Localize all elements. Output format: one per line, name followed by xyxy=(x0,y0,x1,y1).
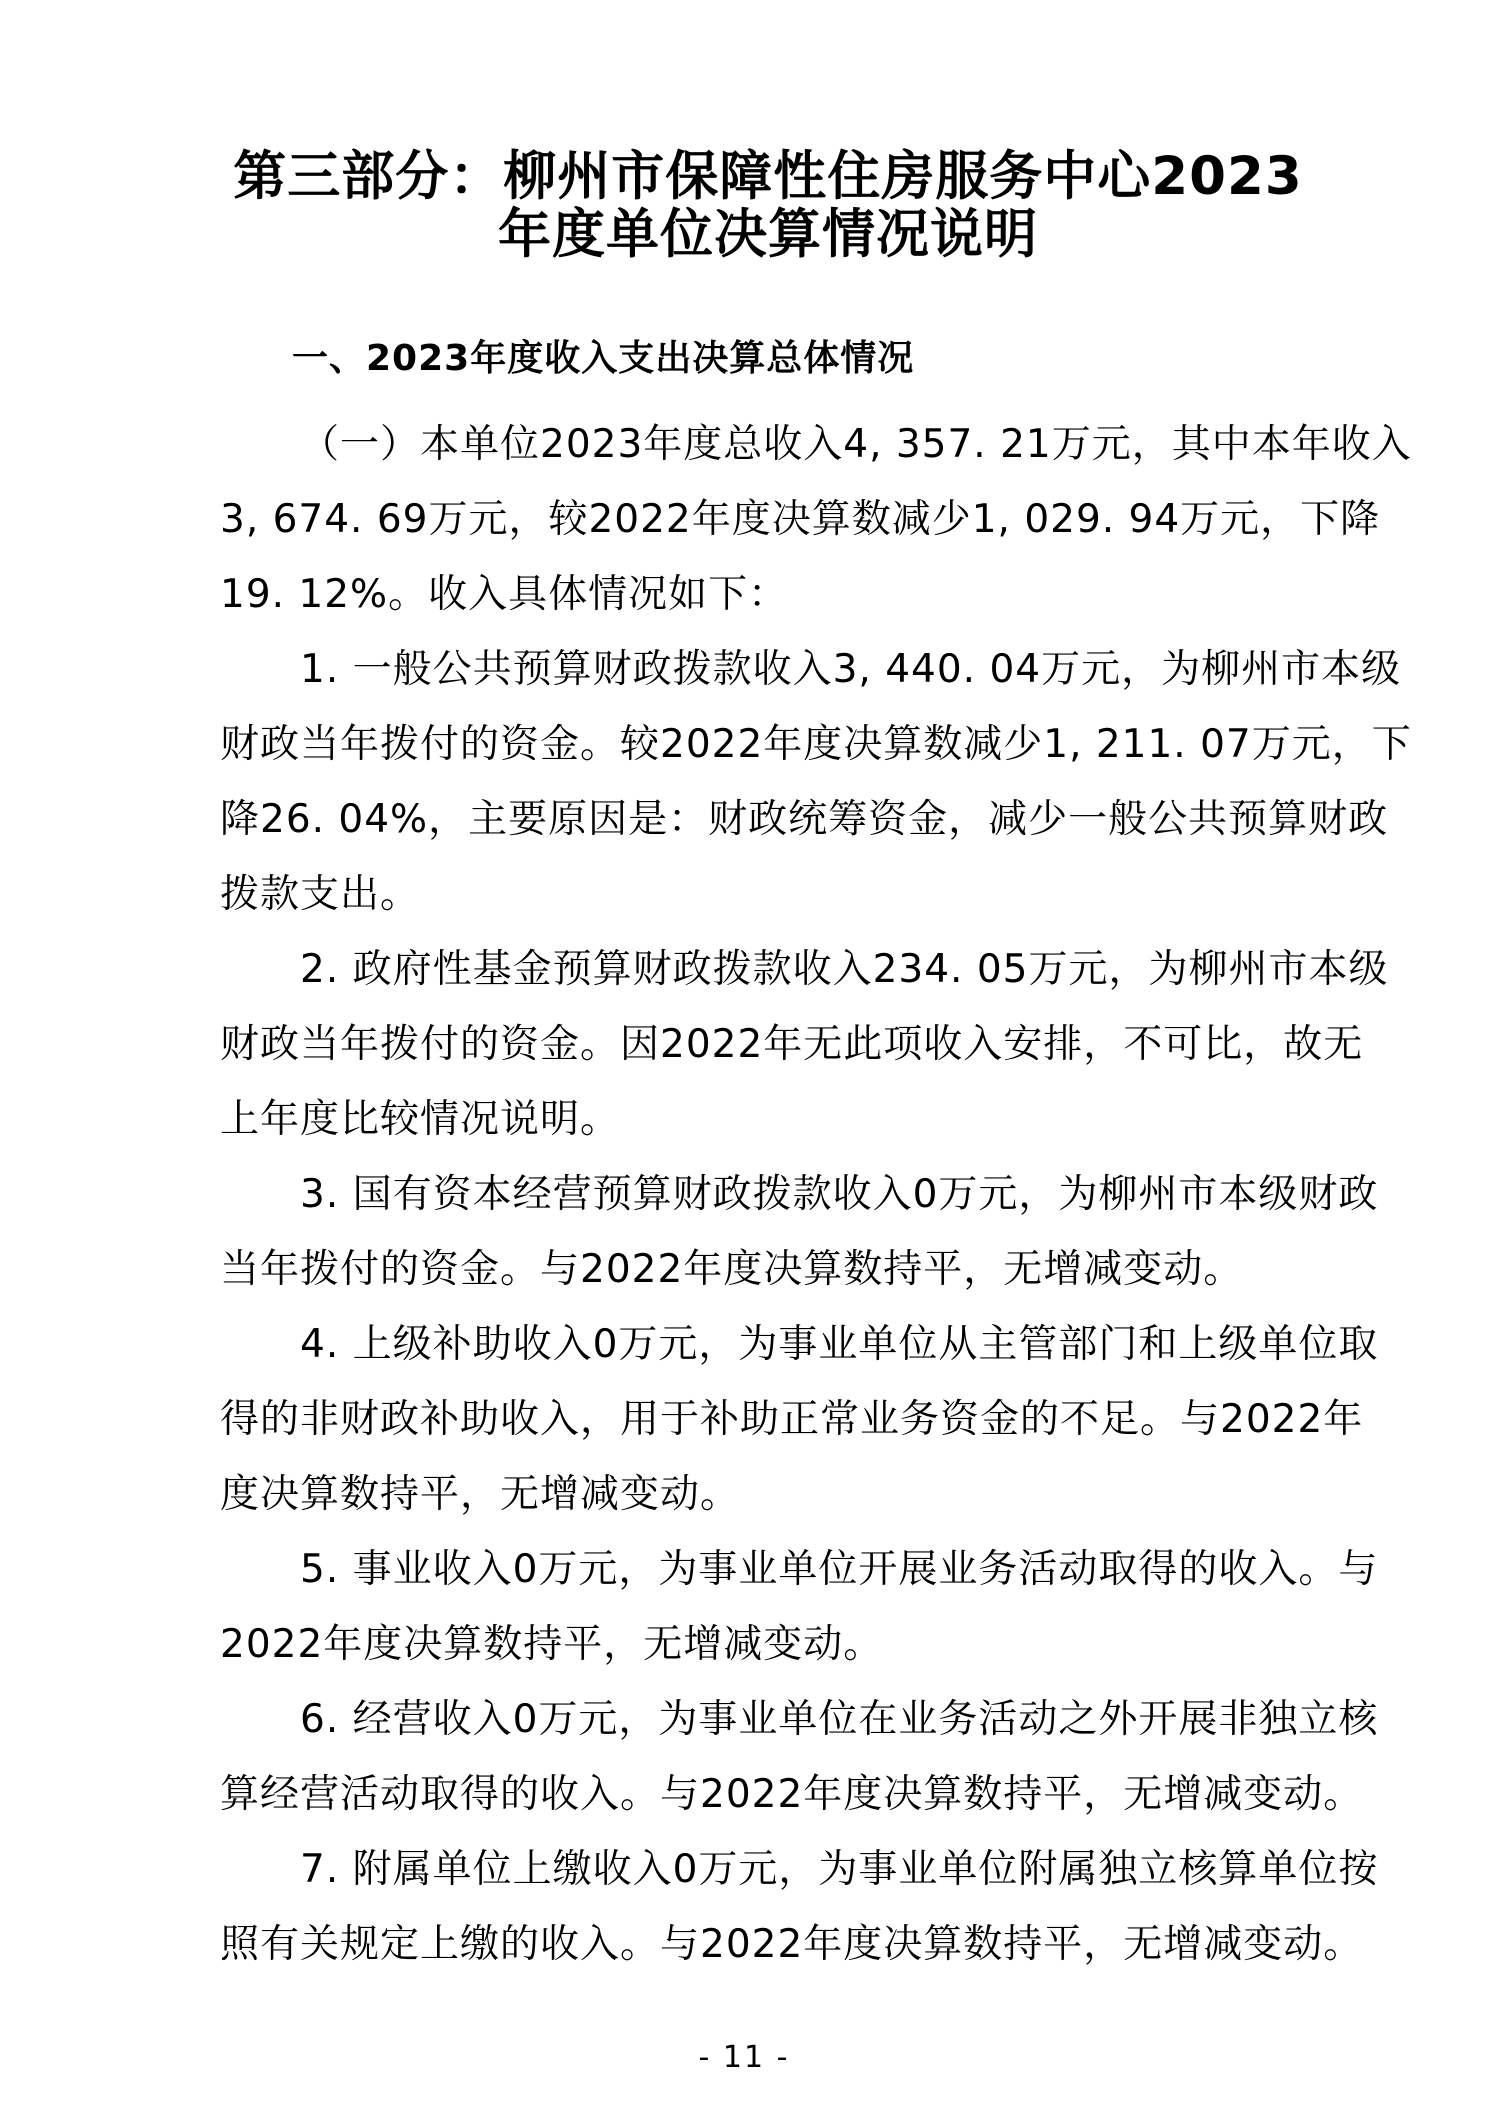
paragraph-line: 1. 一般公共预算财政拨款收入3, 440. 04万元，为柳州市本级 xyxy=(220,647,1401,692)
section-heading: 一、2023年度收入支出决算总体情况 xyxy=(220,338,1316,380)
paragraph-line: 19. 12%。收入具体情况如下： xyxy=(220,572,788,617)
paragraph-line: 上年度比较情况说明。 xyxy=(220,1097,620,1142)
paragraph-line: 6. 经营收入0万元，为事业单位在业务活动之外开展非独立核 xyxy=(220,1697,1378,1742)
paragraph-line: 3, 674. 69万元，较2022年度决算数减少1, 029. 94万元，下降 xyxy=(220,497,1380,542)
paragraph-line: 财政当年拨付的资金。较2022年度决算数减少1, 211. 07万元，下 xyxy=(220,722,1412,767)
paragraph-item-1-general-budget: 1. 一般公共预算财政拨款收入3, 440. 04万元，为柳州市本级 财政当年拨… xyxy=(220,632,1316,932)
paragraph-item-3-state-capital: 3. 国有资本经营预算财政拨款收入0万元，为柳州市本级财政 当年拨付的资金。与2… xyxy=(220,1157,1316,1307)
paragraph-line: 算经营活动取得的收入。与2022年度决算数持平，无增减变动。 xyxy=(220,1772,1363,1817)
page-number: - 11 - xyxy=(0,2040,1488,2076)
paragraph-total-income: （一）本单位2023年度总收入4, 357. 21万元，其中本年收入 3, 67… xyxy=(220,407,1316,632)
document-title-line-2: 年度单位决算情况说明 xyxy=(220,206,1316,264)
document-title: 第三部分：柳州市保障性住房服务中心2023 年度单位决算情况说明 xyxy=(220,148,1316,264)
paragraph-item-6-operating-income: 6. 经营收入0万元，为事业单位在业务活动之外开展非独立核 算经营活动取得的收入… xyxy=(220,1682,1316,1832)
paragraph-line: 度决算数持平，无增减变动。 xyxy=(220,1472,740,1517)
paragraph-item-4-superior-subsidy: 4. 上级补助收入0万元，为事业单位从主管部门和上级单位取 得的非财政补助收入，… xyxy=(220,1307,1316,1532)
paragraph-line: 财政当年拨付的资金。因2022年无此项收入安排，不可比，故无 xyxy=(220,1022,1363,1067)
paragraph-line: 5. 事业收入0万元，为事业单位开展业务活动取得的收入。与 xyxy=(220,1547,1378,1592)
paragraph-item-7-affiliated-units: 7. 附属单位上缴收入0万元，为事业单位附属独立核算单位按 照有关规定上缴的收入… xyxy=(220,1832,1316,1982)
paragraph-line: 得的非财政补助收入，用于补助正常业务资金的不足。与2022年 xyxy=(220,1397,1363,1442)
paragraph-item-2-government-fund: 2. 政府性基金预算财政拨款收入234. 05万元，为柳州市本级 财政当年拨付的… xyxy=(220,932,1316,1157)
paragraph-line: 拨款支出。 xyxy=(220,872,420,917)
paragraph-line: 2. 政府性基金预算财政拨款收入234. 05万元，为柳州市本级 xyxy=(220,947,1388,992)
paragraph-line: 降26. 04%，主要原因是：财政统筹资金，减少一般公共预算财政 xyxy=(220,797,1388,842)
document-page: 第三部分：柳州市保障性住房服务中心2023 年度单位决算情况说明 一、2023年… xyxy=(0,0,1488,2104)
paragraph-line: 当年拨付的资金。与2022年度决算数持平，无增减变动。 xyxy=(220,1247,1243,1292)
paragraph-line: 照有关规定上缴的收入。与2022年度决算数持平，无增减变动。 xyxy=(220,1922,1363,1967)
paragraph-line: 4. 上级补助收入0万元，为事业单位从主管部门和上级单位取 xyxy=(220,1322,1378,1367)
paragraph-line: （一）本单位2023年度总收入4, 357. 21万元，其中本年收入 xyxy=(220,422,1412,467)
paragraph-item-5-business-income: 5. 事业收入0万元，为事业单位开展业务活动取得的收入。与 2022年度决算数持… xyxy=(220,1532,1316,1682)
paragraph-line: 7. 附属单位上缴收入0万元，为事业单位附属独立核算单位按 xyxy=(220,1847,1378,1892)
document-title-line-1: 第三部分：柳州市保障性住房服务中心2023 xyxy=(220,148,1316,206)
document-body: （一）本单位2023年度总收入4, 357. 21万元，其中本年收入 3, 67… xyxy=(220,407,1316,1982)
paragraph-line: 3. 国有资本经营预算财政拨款收入0万元，为柳州市本级财政 xyxy=(220,1172,1378,1217)
paragraph-line: 2022年度决算数持平，无增减变动。 xyxy=(220,1622,883,1667)
